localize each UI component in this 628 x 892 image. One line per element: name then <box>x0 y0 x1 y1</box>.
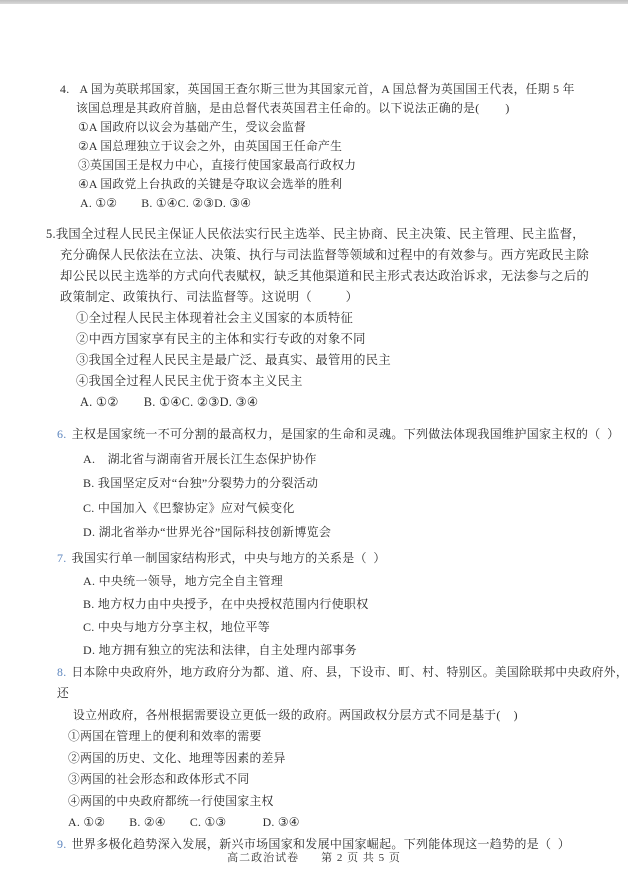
question-number: 4. <box>60 82 69 96</box>
choice-line: C. 中央与地方分享主权，地位平等 <box>0 616 628 639</box>
stem-line: 政策制定、政策执行、司法监督等。这说明（ ） <box>0 287 628 308</box>
question: 7.我国实行单一制国家结构形式，中央与地方的关系是（ ）A. 中央统一领导，地方… <box>0 547 628 662</box>
option-item: ④A 国政党上台执政的关键是夺取议会选举的胜利 <box>0 175 628 194</box>
footer-doc-title: 高二政治试卷 <box>227 852 299 864</box>
option-item: ④两国的中央政府都统一行使国家主权 <box>0 791 628 813</box>
stem-line: 充分确保人民依法在立法、决策、执行与司法监督等领域和过程中的有效参与。西方宪政民… <box>0 245 628 266</box>
option-item: ③两国的社会形态和政体形式不同 <box>0 769 628 791</box>
answer-line: A. ①② B. ①④C. ②③D. ③④ <box>0 392 628 413</box>
answer-line: A. ①② B. ①④C. ②③D. ③④ <box>0 194 628 213</box>
question-number: 5. <box>46 227 56 241</box>
question-number: 6. <box>57 427 67 441</box>
stem-line: 6.主权是国家统一不可分割的最高权力，是国家的生命和灵魂。下列做法体现我国维护国… <box>0 422 628 447</box>
choice-line: B. 地方权力由中央授予，在中央授权范围内行使职权 <box>0 593 628 616</box>
question: 6.主权是国家统一不可分割的最高权力，是国家的生命和灵魂。下列做法体现我国维护国… <box>0 422 628 545</box>
question: 5.我国全过程人民民主保证人民依法实行民主选举、民主协商、民主决策、民主管理、民… <box>0 224 628 413</box>
stem-line: 该国总理是其政府首脑，是由总督代表英国君主任命的。以下说法正确的是( ) <box>0 99 628 118</box>
question: 4.A 国为英联邦国家，英国国王查尔斯三世为其国家元首，A 国总督为英国国王代表… <box>0 80 628 213</box>
question-number: 7. <box>57 551 67 565</box>
footer-page-indicator: 第 2 页 共 5 页 <box>321 852 401 864</box>
stem-line: 8.日本除中央政府外，地方政府分为都、道、府、县，下设市、町、村、特别区。美国除… <box>0 662 628 705</box>
stem-line: 5.我国全过程人民民主保证人民依法实行民主选举、民主协商、民主决策、民主管理、民… <box>0 224 628 245</box>
stem-text: 我国全过程人民民主保证人民依法实行民主选举、民主协商、民主决策、民主管理、民主监… <box>56 227 585 241</box>
option-item: ③英国国王是权力中心，直接行使国家最高行政权力 <box>0 156 628 175</box>
option-item: ①A 国政府以议会为基础产生，受议会监督 <box>0 118 628 137</box>
option-item: ②A 国总理独立于议会之外，由英国国王任命产生 <box>0 137 628 156</box>
stem-line: 7.我国实行单一制国家结构形式，中央与地方的关系是（ ） <box>0 547 628 570</box>
choice-line: A. 湖北省与湖南省开展长江生态保护协作 <box>0 447 628 472</box>
question-list: 4.A 国为英联邦国家，英国国王查尔斯三世为其国家元首，A 国总督为英国国王代表… <box>0 80 628 855</box>
choice-line: D. 湖北省举办“世界光谷”国际科技创新博览会 <box>0 520 628 545</box>
stem-text: 日本除中央政府外，地方政府分为都、道、府、县，下设市、町、村、特别区。美国除联邦… <box>57 665 628 701</box>
option-item: ①两国在管理上的便利和效率的需要 <box>0 726 628 748</box>
choice-line: C. 中国加入《巴黎协定》应对气候变化 <box>0 496 628 521</box>
stem-text: A 国为英联邦国家，英国国王查尔斯三世为其国家元首，A 国总督为英国国王代表，任… <box>79 82 574 96</box>
question-number: 8. <box>57 665 66 679</box>
choice-line: D. 地方拥有独立的宪法和法律，自主处理内部事务 <box>0 639 628 662</box>
question: 8.日本除中央政府外，地方政府分为都、道、府、县，下设市、町、村、特别区。美国除… <box>0 662 628 834</box>
stem-line: 4.A 国为英联邦国家，英国国王查尔斯三世为其国家元首，A 国总督为英国国王代表… <box>0 80 628 99</box>
stem-line: 设立州政府，各州根据需要设立更低一级的政府。两国政权分层方式不同是基于( ) <box>0 705 628 727</box>
stem-text: 主权是国家统一不可分割的最高权力，是国家的生命和灵魂。下列做法体现我国维护国家主… <box>72 427 620 441</box>
option-item: ②中西方国家享有民主的主体和实行专政的对象不同 <box>0 329 628 350</box>
page-footer: 高二政治试卷第 2 页 共 5 页 <box>0 849 628 865</box>
choice-line: B. 我国坚定反对“台独”分裂势力的分裂活动 <box>0 471 628 496</box>
choice-line: A. 中央统一领导，地方完全自主管理 <box>0 570 628 593</box>
stem-text: 我国实行单一制国家结构形式，中央与地方的关系是（ ） <box>72 551 386 565</box>
stem-line: 却公民以民主选举的方式向代表赋权，缺乏其他渠道和民主形式表达政治诉求，无法参与之… <box>0 266 628 287</box>
option-item: ②两国的历史、文化、地理等因素的差异 <box>0 748 628 770</box>
answer-line: A. ①② B. ②④ C. ①③ D. ③④ <box>0 812 628 834</box>
exam-page: 4.A 国为英联邦国家，英国国王查尔斯三世为其国家元首，A 国总督为英国国王代表… <box>0 4 628 892</box>
option-item: ④我国全过程人民民主优于资本主义民主 <box>0 371 628 392</box>
option-item: ③我国全过程人民民主是最广泛、最真实、最管用的民主 <box>0 350 628 371</box>
option-item: ①全过程人民民主体现着社会主义国家的本质特征 <box>0 308 628 329</box>
